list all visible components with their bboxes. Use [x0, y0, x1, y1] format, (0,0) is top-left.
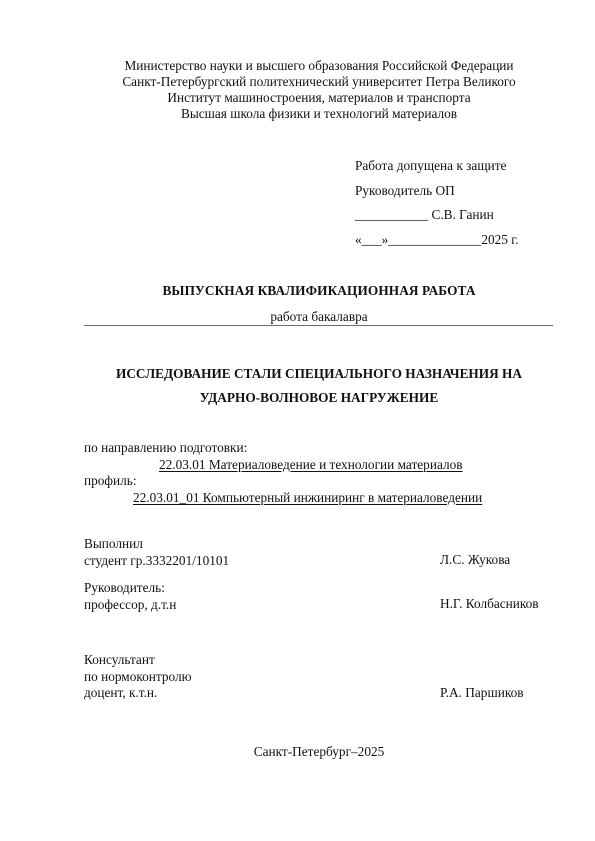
approval-block: Работа допущена к защите Руководитель ОП… [355, 154, 519, 252]
consultant-detail: доцент, к.т.н. [84, 685, 192, 702]
institution-header: Министерство науки и высшего образования… [0, 58, 595, 122]
university-line: Санкт-Петербургский политехнический унив… [0, 74, 595, 90]
author-detail: студент гр.3332201/10101 [84, 553, 229, 570]
direction-value: 22.03.01 Материаловедение и технологии м… [159, 457, 463, 472]
approval-signature-line: ___________ С.В. Ганин [355, 203, 519, 228]
consultant-role-2: по нормоконтролю [84, 669, 192, 686]
work-type-title: ВЫПУСКНАЯ КВАЛИФИКАЦИОННАЯ РАБОТА [84, 283, 554, 299]
supervisor-name: Н.Г. Колбасников [440, 596, 539, 612]
consultant-name: Р.А. Паршиков [440, 685, 524, 701]
direction-block: по направлению подготовки: 22.03.01 Мате… [84, 440, 482, 506]
work-subtype: работа бакалавра [84, 309, 554, 325]
author-role: Выполнил [84, 536, 229, 553]
supervisor-detail: профессор, д.т.н [84, 597, 176, 614]
consultant-role: Консультант [84, 652, 192, 669]
city-year: Санкт-Петербург–2025 [0, 744, 595, 760]
topic-line-1: ИССЛЕДОВАНИЕ СТАЛИ СПЕЦИАЛЬНОГО НАЗНАЧЕН… [84, 362, 554, 386]
consultant-block: Консультант по нормоконтролю доцент, к.т… [84, 652, 192, 702]
school-line: Высшая школа физики и технологий материа… [0, 106, 595, 122]
title-divider [84, 325, 553, 326]
author-block: Выполнил студент гр.3332201/10101 [84, 536, 229, 569]
profile-value: 22.03.01_01 Компьютерный инжиниринг в ма… [133, 490, 482, 505]
author-name: Л.С. Жукова [440, 552, 510, 568]
profile-label: профиль: [84, 473, 482, 490]
approval-admitted: Работа допущена к защите [355, 154, 519, 179]
ministry-line: Министерство науки и высшего образования… [0, 58, 595, 74]
supervisor-role: Руководитель: [84, 580, 176, 597]
thesis-topic: ИССЛЕДОВАНИЕ СТАЛИ СПЕЦИАЛЬНОГО НАЗНАЧЕН… [84, 362, 554, 410]
institute-line: Институт машиностроения, материалов и тр… [0, 90, 595, 106]
supervisor-block: Руководитель: профессор, д.т.н [84, 580, 176, 613]
approval-date-line: «___»______________2025 г. [355, 228, 519, 253]
direction-label: по направлению подготовки: [84, 440, 482, 457]
approval-head-role: Руководитель ОП [355, 179, 519, 204]
topic-line-2: УДАРНО-ВОЛНОВОЕ НАГРУЖЕНИЕ [84, 386, 554, 410]
